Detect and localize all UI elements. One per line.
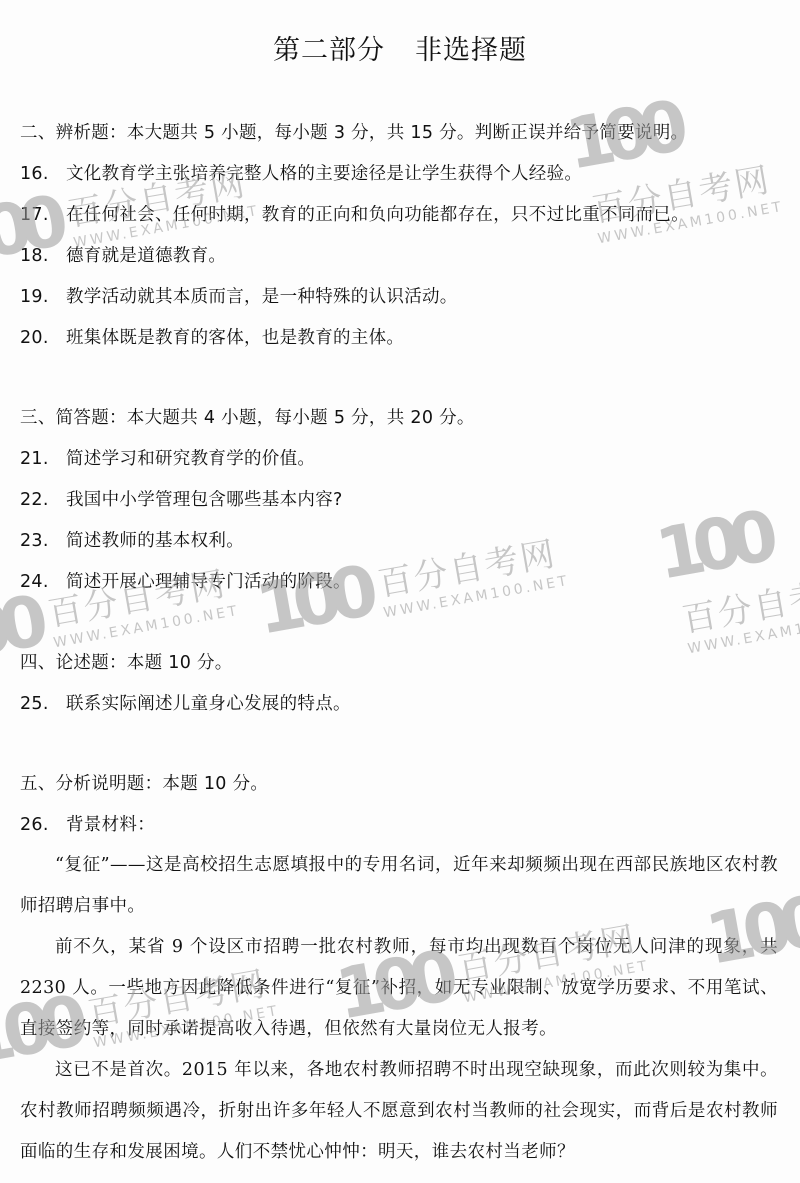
- part-label: 第二部分: [273, 35, 385, 66]
- question-19: 19.教学活动就其本质而言，是一种特殊的认识活动。: [20, 286, 458, 308]
- question-16: 16.文化教育学主张培养完整人格的主要途径是让学生获得个人经验。: [20, 163, 582, 185]
- section-heading-3: 三、简答题：本大题共 4 小题，每小题 5 分，共 20 分。: [20, 407, 475, 429]
- question-26: 26.背景材料：: [20, 814, 155, 836]
- page-title: 第二部分非选择题: [0, 28, 800, 67]
- background-material: “复征”——这是高校招生志愿填报中的专用名词，近年来却频频出现在西部民族地区农村…: [20, 845, 778, 1173]
- question-17: 17.在任何社会、任何时期，教育的正向和负向功能都存在，只不过比重不同而已。: [20, 204, 689, 226]
- question-21: 21.简述学习和研究教育学的价值。: [20, 448, 315, 470]
- section-heading-4: 四、论述题：本题 10 分。: [20, 652, 233, 674]
- question-23: 23.简述教师的基本权利。: [20, 530, 244, 552]
- question-20: 20.班集体既是教育的客体，也是教育的主体。: [20, 327, 404, 349]
- question-22: 22.我国中小学管理包含哪些基本内容?: [20, 489, 343, 511]
- question-18: 18.德育就是道德教育。: [20, 245, 226, 267]
- material-paragraph: “复征”——这是高校招生志愿填报中的专用名词，近年来却频频出现在西部民族地区农村…: [20, 845, 778, 927]
- material-paragraph: 前不久，某省 9 个设区市招聘一批农村教师，每市均出现数百个岗位无人问津的现象，…: [20, 927, 778, 1050]
- question-25: 25.联系实际阐述儿童身心发展的特点。: [20, 693, 351, 715]
- watermark: 100百分自考网WWW.EXAM100.NET: [650, 480, 800, 660]
- watermark-logo: 100: [250, 551, 373, 651]
- section-heading-2: 二、辨析题：本大题共 5 小题，每小题 3 分，共 15 分。判断正误并给予简要…: [20, 122, 688, 144]
- watermark-logo: 100: [650, 496, 773, 596]
- section-heading-5: 五、分析说明题：本题 10 分。: [20, 773, 268, 795]
- question-24: 24.简述开展心理辅导专门活动的阶段。: [20, 571, 351, 593]
- material-paragraph: 这已不是首次。2015 年以来，各地农村教师招聘不时出现空缺现象，而此次则较为集…: [20, 1050, 778, 1173]
- part-name: 非选择题: [415, 35, 527, 66]
